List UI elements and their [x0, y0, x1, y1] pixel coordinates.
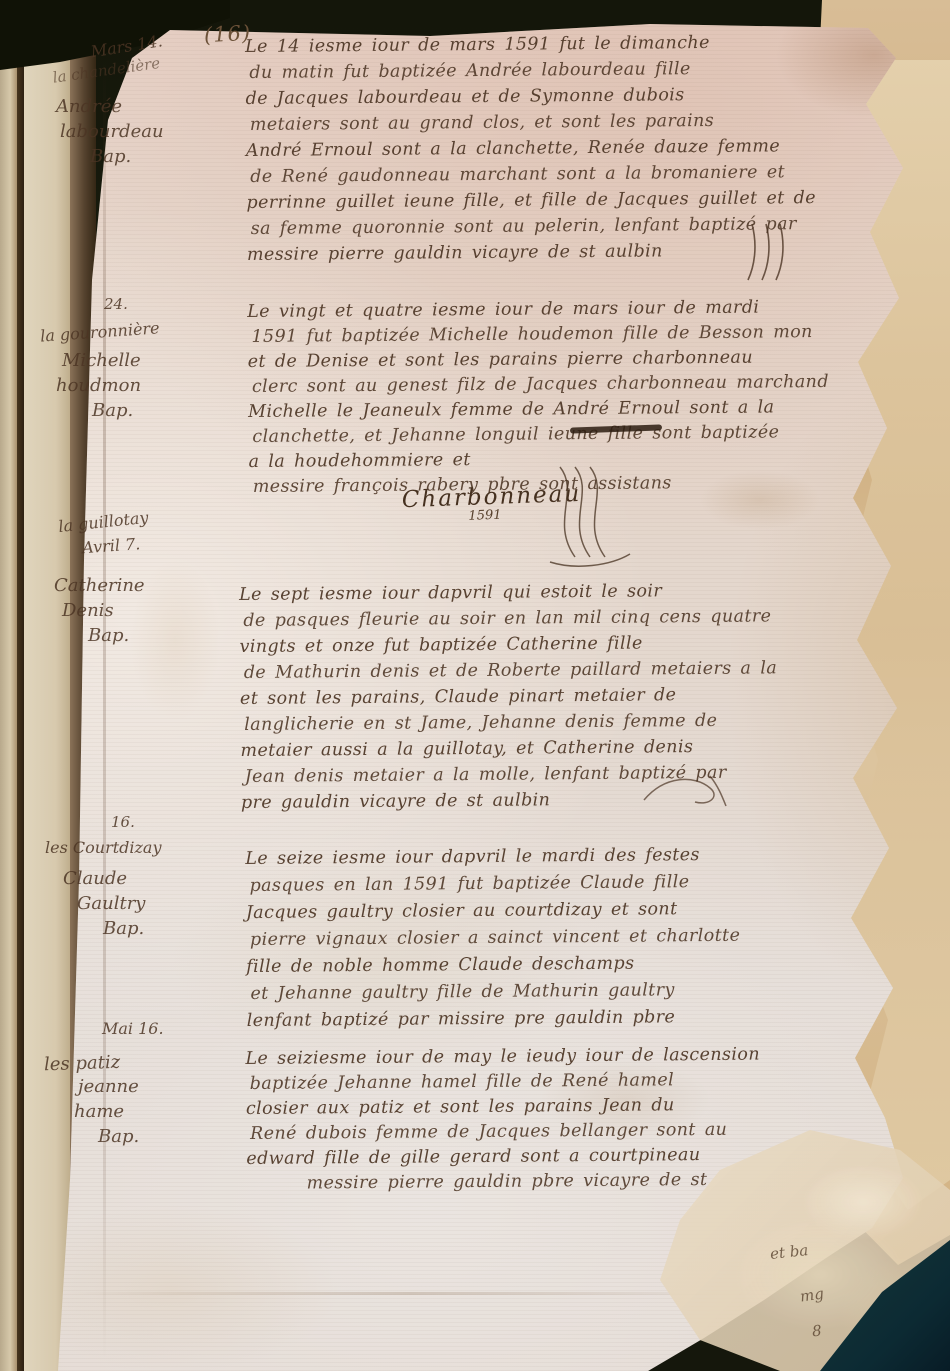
- record-text-2: Le vingt et quatre iesme iour de mars io…: [247, 294, 939, 500]
- margin-note-record-5: Mai 16.les patizjeannehameBap.: [44, 1016, 234, 1149]
- margin-note-line: les patiz: [44, 1046, 235, 1078]
- margin-note-line: Gaultry: [77, 891, 235, 916]
- margin-note-record-4: 16.les CourtdizayClaudeGaultryBap.: [45, 810, 235, 941]
- torn-edge-text-fragment: 8: [811, 1322, 822, 1341]
- margin-note-line: Catherine: [54, 573, 232, 598]
- margin-note-line: hame: [74, 1099, 234, 1124]
- margin-note-line: Bap.: [103, 916, 235, 941]
- margin-note-record-1: Mars 14.la chandelièreAndréelabourdeauBa…: [46, 28, 236, 169]
- margin-note-line: Bap.: [98, 1124, 234, 1149]
- page-crease-vertical: [103, 60, 106, 1360]
- margin-note-line: houdmon: [56, 373, 230, 398]
- margin-note-record-3: la guillotayAvril 7.CatherineDenisBap.: [42, 505, 232, 648]
- margin-note-line: 16.: [111, 810, 235, 835]
- torn-edge-text-fragment: mg: [799, 1284, 825, 1305]
- margin-note-line: Bap.: [90, 144, 236, 169]
- record-text-3: Le sept iesme iour dapvril qui estoit le…: [239, 576, 931, 816]
- adjacent-page-edge: [0, 34, 17, 1371]
- margin-note-line: Denis: [62, 598, 232, 623]
- margin-note-line: jeanne: [78, 1074, 234, 1099]
- margin-note-line: la gouronnière: [39, 310, 230, 348]
- margin-note-line: Andrée: [56, 94, 236, 119]
- record-text-1: Le 14 iesme iour de mars 1591 fut le dim…: [245, 28, 937, 268]
- margin-note-record-2: 24.la gouronnièreMichellehoudmonBap.: [40, 292, 230, 423]
- signature-charbonneau: Charbonneau 1591: [401, 481, 582, 526]
- page-crease-horizontal: [60, 1292, 760, 1295]
- margin-note-line: Claude: [63, 866, 235, 891]
- margin-note-line: les Courtdizay: [45, 835, 235, 860]
- binding-gap: [17, 40, 24, 1371]
- margin-note-line: Bap.: [92, 398, 230, 423]
- record-text-4: Le seize iesme iour dapvril le mardi des…: [245, 840, 937, 1035]
- margin-note-line: Mai 16.: [102, 1016, 234, 1041]
- margin-note-line: Michelle: [62, 348, 230, 373]
- adjacent-page-edge-2: [24, 46, 70, 1371]
- margin-note-line: labourdeau: [60, 119, 236, 144]
- margin-note-line: Bap.: [88, 623, 232, 648]
- manuscript-photo: (16) Mars 14.la chandelièreAndréelabourd…: [0, 0, 950, 1371]
